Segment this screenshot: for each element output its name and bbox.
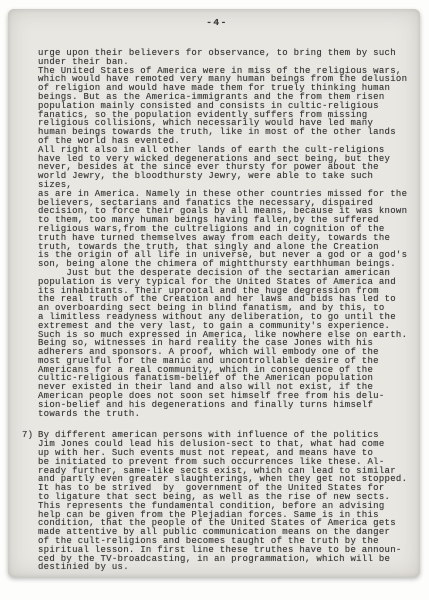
paragraph-other-lands: All right also in all other lands of ear…	[38, 146, 412, 269]
paragraph-continuation: urge upon their believers for observance…	[38, 49, 412, 67]
paragraph-united-states: The United States of America were in mis…	[38, 67, 412, 146]
page-number: -4-	[22, 18, 412, 28]
paragraph-number-marker: 7)	[22, 431, 38, 572]
document-body: urge upon their believers for observance…	[22, 49, 412, 572]
paragraph-desperate-decision: Just but the desperate decision of the s…	[38, 269, 412, 419]
numbered-paragraph-7: 7) By different american persons with in…	[22, 431, 412, 572]
paragraph-jim-jones: By different american persons with influ…	[38, 431, 412, 572]
scanned-document-page: -4- urge upon their believers for observ…	[8, 9, 420, 577]
